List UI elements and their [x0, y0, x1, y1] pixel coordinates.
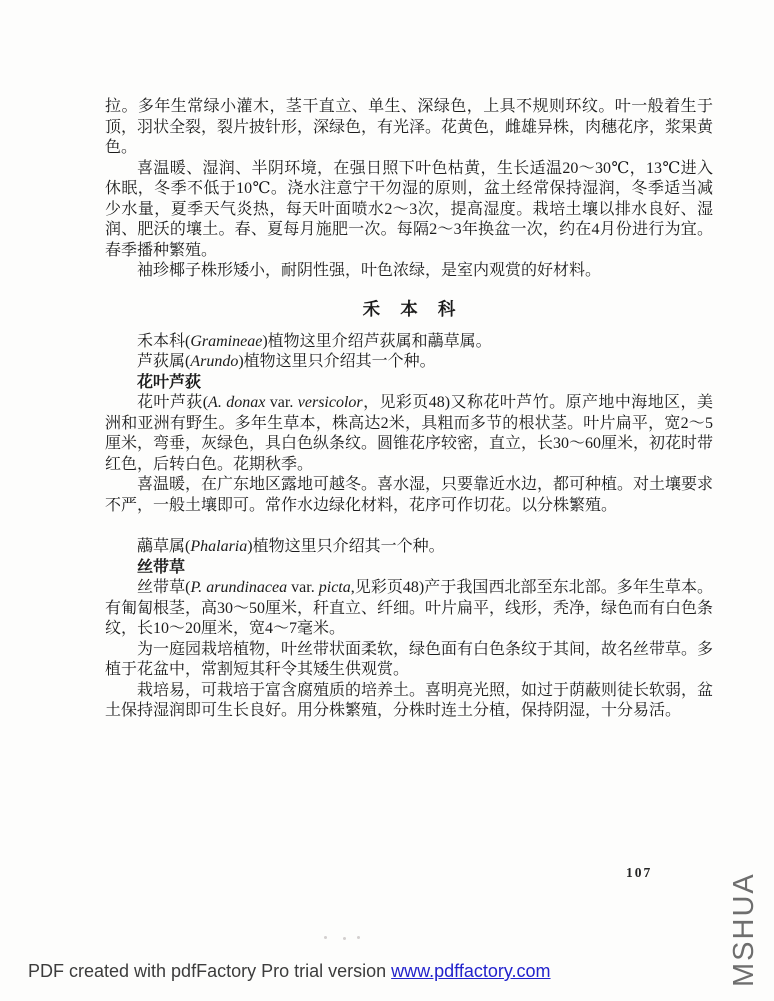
paragraph: 芦荻属(Arundo)植物这里只介绍其一个种。	[105, 352, 713, 373]
scan-artifact-dot	[357, 936, 360, 939]
section-heading: 禾本科	[105, 297, 713, 321]
paragraph: 虉草属(Phalaria)植物这里只介绍其一个种。	[105, 537, 713, 558]
text-run: 禾本科(	[137, 333, 190, 350]
text-run: )植物这里只介绍其一个种。	[247, 538, 444, 555]
paragraph: 喜温暖、湿润、半阴环境，在强日照下叶色枯黄，生长适温20～30℃，13℃进入休眠…	[105, 159, 713, 262]
text-run: var.	[265, 394, 297, 411]
paragraph: 丝带草(P. arundinacea var. picta,见彩页48)产于我国…	[105, 578, 713, 640]
paragraph: 喜温暖，在广东地区露地可越冬。喜水湿，只要靠近水边，都可种植。对土壤要求不严，一…	[105, 475, 713, 516]
text-run: 花叶芦荻(	[137, 394, 208, 411]
text-run: 拉。多年生常绿小灌木，茎干直立、单生、深绿色，上具不规则环纹。叶一般着生于顶，羽…	[105, 98, 713, 156]
text-run: Gramineae	[190, 333, 262, 350]
text-run: 丝带草	[137, 559, 185, 576]
paragraph: 为一庭园栽培植物，叶丝带状面柔软，绿色面有白色条纹于其间，故名丝带草。多植于花盆…	[105, 640, 713, 681]
pdf-footer-text: PDF created with pdfFactory Pro trial ve…	[28, 961, 391, 981]
paragraph: 袖珍椰子株形矮小，耐阴性强，叶色浓绿，是室内观赏的好材料。	[105, 261, 713, 282]
text-run: 禾本科	[363, 299, 476, 319]
text-run: 丝带草(	[137, 579, 190, 596]
text-run: P. arundinacea	[190, 579, 287, 596]
paragraph: 栽培易，可栽培于富含腐殖质的培养土。喜明亮光照，如过于荫蔽则徒长软弱，盆土保持湿…	[105, 681, 713, 722]
subheading: 丝带草	[105, 558, 713, 579]
text-run: 芦荻属(	[137, 353, 190, 370]
text-run: picta	[319, 579, 351, 596]
text-run: 喜温暖、湿润、半阴环境，在强日照下叶色枯黄，生长适温20～30℃，13℃进入休眠…	[105, 160, 713, 259]
scanned-page: 拉。多年生常绿小灌木，茎干直立、单生、深绿色，上具不规则环纹。叶一般着生于顶，羽…	[0, 0, 774, 1001]
text-run: 为一庭园栽培植物，叶丝带状面柔软，绿色面有白色条纹于其间，故名丝带草。多植于花盆…	[105, 641, 713, 679]
text-run: 花叶芦荻	[137, 374, 201, 391]
text-run: versicolor	[298, 394, 363, 411]
page-number: 107	[626, 865, 652, 881]
text-run: )植物这里介绍芦荻属和虉草属。	[262, 333, 491, 350]
watermark-text: MSHUA	[728, 875, 758, 987]
text-run: )植物这里只介绍其一个种。	[238, 353, 435, 370]
paragraph: 禾本科(Gramineae)植物这里介绍芦荻属和虉草属。	[105, 332, 713, 353]
text-run: var.	[287, 579, 319, 596]
text-run: Arundo	[190, 353, 238, 370]
text-run: 喜温暖，在广东地区露地可越冬。喜水湿，只要靠近水边，都可种植。对土壤要求不严，一…	[105, 476, 713, 514]
text-run: 袖珍椰子株形矮小，耐阴性强，叶色浓绿，是室内观赏的好材料。	[137, 262, 601, 279]
paragraph: 花叶芦荻(A. donax var. versicolor，见彩页48)又称花叶…	[105, 393, 713, 475]
subheading: 花叶芦荻	[105, 373, 713, 394]
text-run: A. donax	[208, 394, 265, 411]
pdf-footer: PDF created with pdfFactory Pro trial ve…	[28, 961, 551, 982]
text-run: 虉草属(	[137, 538, 190, 555]
text-run: 栽培易，可栽培于富含腐殖质的培养土。喜明亮光照，如过于荫蔽则徒长软弱，盆土保持湿…	[105, 682, 713, 720]
scan-artifact-dot	[343, 937, 346, 940]
pdffactory-link[interactable]: www.pdffactory.com	[391, 961, 550, 981]
scan-artifact-dot	[324, 936, 327, 939]
text-run: Phalaria	[190, 538, 247, 555]
paragraph: 拉。多年生常绿小灌木，茎干直立、单生、深绿色，上具不规则环纹。叶一般着生于顶，羽…	[105, 97, 713, 159]
text-column: 拉。多年生常绿小灌木，茎干直立、单生、深绿色，上具不规则环纹。叶一般着生于顶，羽…	[105, 97, 713, 722]
